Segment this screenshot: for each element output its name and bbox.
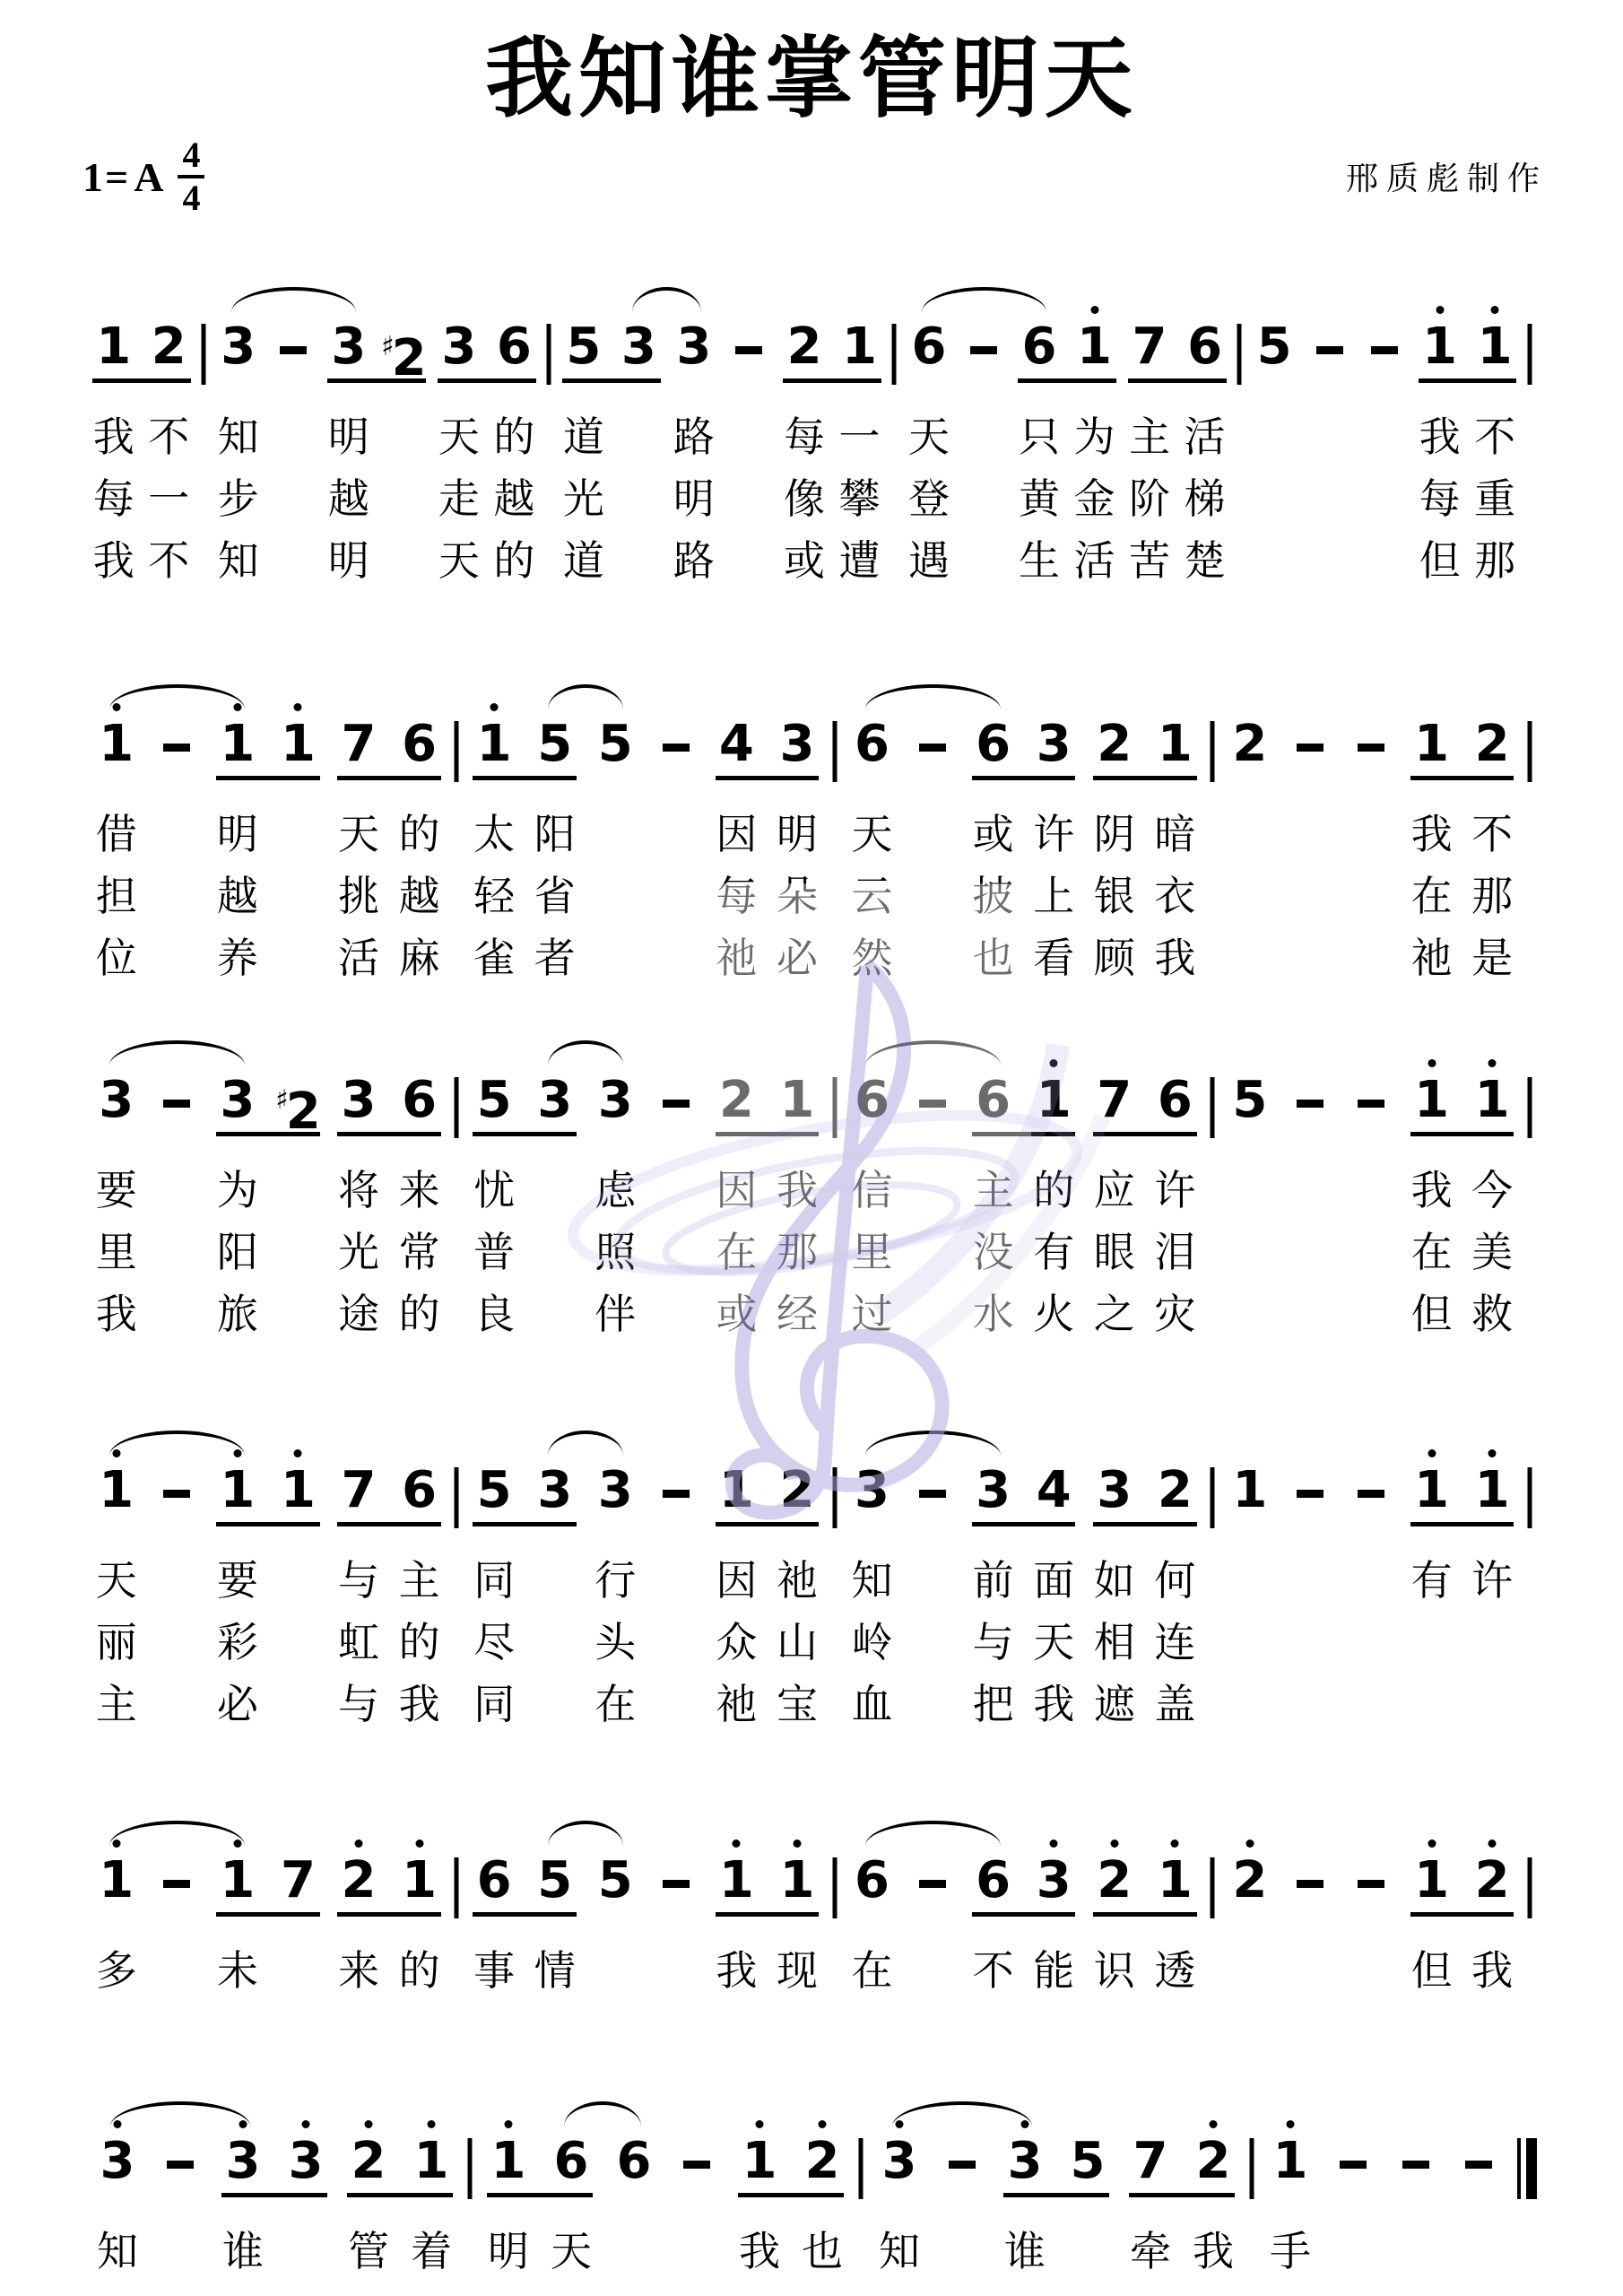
note-digit: 3 [612,320,667,374]
duration-dash [1322,2100,1384,2221]
note-digit: 2 [1462,717,1523,771]
lyric-cell [1205,1164,1219,1222]
lyric-cell [1280,1288,1341,1345]
note: 1 [464,683,525,804]
lyric-cell [586,808,647,865]
note: 5 [1246,286,1302,406]
key-signature: 1=A 4 4 [82,137,204,218]
note-digit: 3 [86,1074,147,1127]
notes-row: 33♯2365332166176511 [86,1039,1537,1160]
lyric-syllable: 主 [963,1164,1024,1222]
note-digit: 6 [389,717,450,771]
lyric-syllable: 我 [86,535,142,592]
lyric-syllable: 每 [707,870,768,927]
lyric-syllable: 越 [321,473,377,530]
note-digit: 1 [1145,1854,1206,1908]
lyric-cell [1205,808,1219,865]
barline [1523,286,1537,406]
barline-mark [468,2138,473,2199]
barline-mark [1211,1857,1215,1918]
note: 1 [1467,286,1523,406]
lyric-cell [1523,1678,1537,1735]
note-digit: 3 [328,1074,389,1127]
dash-mark [1371,346,1398,354]
barline-mark [455,1077,459,1138]
lyric-syllable: 位 [86,932,147,989]
beam-underline [337,776,441,780]
lyric-syllable: 事 [464,1944,525,2002]
lyric-cell [196,411,211,468]
note-digit: 2 [1219,1854,1280,1908]
note-digit: 5 [1219,1074,1280,1127]
beam-underline [972,1912,1075,1917]
duration-dash [1384,2100,1447,2221]
note-digit: 2 [1084,1854,1145,1908]
time-denominator: 4 [178,178,204,217]
page-title: 我知谁掌管明天 [0,0,1623,135]
note: 7 [268,1820,329,1940]
lyric-cell [828,1944,842,2002]
beam-underline [716,1132,819,1136]
dash-mark [1316,346,1343,354]
lyric-syllable: 眼 [1084,1226,1145,1283]
lyric-cell [828,1678,842,1735]
lyric-syllable: 我 [767,1164,828,1222]
lyric-cell [1384,2225,1447,2283]
lyric-cell [147,1944,208,2002]
sheet-music-page: 我知谁掌管明天 1=A 4 4 邢质彪制作 1233♯2365332166176… [0,0,1623,2296]
lyric-cell [1280,1226,1341,1283]
duration-dash [1280,1430,1341,1550]
lyric-cell [1280,1944,1341,2002]
lyric-syllable: 同 [464,1554,525,1612]
lyric-cell [646,1678,707,1735]
lyric-syllable: 或 [777,535,832,592]
barline [1523,1820,1537,1940]
barline-mark [1211,721,1215,782]
lyric-syllable: 有 [1402,1554,1462,1612]
lyric-cell [1280,1616,1341,1674]
lyric-syllable: 现 [767,1944,828,2002]
octave-dot [1491,306,1499,314]
lyric-cell [525,1616,586,1674]
note: 6 [464,1820,525,1940]
lyric-syllable: 众 [707,1616,768,1674]
lyric-cell [902,1226,963,1283]
lyric-syllable: 的 [487,535,542,592]
beam-underline [1018,378,1116,383]
lyric-syllable: 天 [431,411,487,468]
lyric-cell [1246,473,1302,530]
lyric-cell [828,932,842,989]
lyric-cell [1219,1678,1280,1735]
lyric-syllable: 里 [86,1226,147,1283]
lyric-syllable: 不 [963,1944,1024,2002]
lyric-cell [1219,932,1280,989]
barline-mark [455,1467,459,1528]
note-digit: 3 [525,1464,586,1518]
octave-dot [294,1449,302,1457]
lyric-syllable: 天 [328,808,389,865]
notation-system: 3332116612335721知谁管着明天我也知谁牵我手 [86,2100,1537,2283]
lyric-cell [1357,473,1412,530]
lyric-syllable: 天 [842,808,903,865]
lyric-cell [957,535,1012,592]
note-digit: 1 [477,2135,540,2188]
lyric-syllable: 与 [328,1554,389,1612]
lyric-cell [828,1554,842,1612]
lyric-cell [449,1554,464,1612]
lyric-syllable: 谁 [212,2225,274,2283]
lyric-syllable: 我 [1402,808,1462,865]
lyric-cell [722,535,777,592]
lyric-syllable: 明 [477,2225,540,2283]
lyric-syllable: 或 [707,1288,768,1345]
note: 1 [1402,1820,1462,1940]
octave-dot [733,1839,741,1848]
dash-mark [163,1880,190,1888]
note: 5 [464,1430,525,1550]
note-digit: 1 [389,1854,450,1908]
note: 5 [556,286,612,406]
lyric-syllable: 担 [86,870,147,927]
lyric-syllable: 照 [586,1226,647,1283]
lyric-syllable: 之 [1084,1288,1145,1345]
lyric-syllable: 然 [842,932,903,989]
duration-dash [1280,683,1341,804]
duration-dash [1302,286,1358,406]
note: 1 [400,2100,463,2221]
lyric-cell [274,2225,337,2283]
beam-underline [473,776,577,780]
note-digit: 2 [767,1464,828,1518]
dash-mark [663,1880,690,1888]
barline [854,2100,868,2221]
lyric-cell [1219,1944,1280,2002]
lyric-line: 我不知明天的道路或遭遇生活苦楚但那 [86,535,1537,592]
dash-mark [683,2161,710,2169]
lyric-cell [147,870,208,927]
dash-mark [919,744,946,752]
dash-mark [1358,744,1384,752]
lyric-syllable: 在 [1402,870,1462,927]
octave-dot [1110,1839,1118,1848]
lyric-cell [1280,932,1341,989]
lyric-cell [449,1226,464,1283]
lyric-syllable: 识 [1084,1944,1145,2002]
lyric-syllable: 天 [901,411,957,468]
octave-dot [1287,2120,1295,2128]
note: 1 [86,286,142,406]
lyric-cell [525,1554,586,1612]
beam-underline [1410,1912,1514,1917]
lyric-syllable: 许 [1145,1164,1206,1222]
lyric-syllable: 那 [767,1226,828,1283]
lyric-cell [1523,1288,1537,1345]
dash-mark [1297,1490,1324,1498]
note-digit: 1 [1023,1074,1084,1127]
barline-mark [1527,1857,1532,1918]
lyric-cell [1341,1616,1402,1674]
lyric-cell [586,870,647,927]
octave-dot [428,2120,436,2128]
lyric-line: 我旅途的良伴或经过水火之灾但救 [86,1288,1537,1345]
note-digit: 3 [994,2135,1056,2188]
lyric-syllable: 遮 [1084,1678,1145,1735]
duration-dash [646,1039,707,1160]
beam-underline [972,1522,1075,1526]
lyric-syllable: 遭 [832,535,888,592]
beam-underline [347,2193,453,2197]
lyric-cell [196,535,211,592]
note-digit: 2 [142,320,197,374]
note-digit: 2 [1182,2135,1245,2188]
note: 1 [1402,1430,1462,1550]
beam-underline [1410,1522,1514,1526]
lyric-cell [1523,870,1537,927]
octave-dot [1428,1059,1436,1067]
dash-mark [663,1490,690,1498]
lyric-syllable: 如 [1084,1554,1145,1612]
lyric-syllable: 虑 [586,1164,647,1222]
duration-dash [646,1430,707,1550]
dash-mark [919,1490,946,1498]
lyric-syllable: 道 [556,411,612,468]
note: 1 [268,683,329,804]
time-signature: 4 4 [178,137,204,218]
lyric-syllable: 我 [1462,1944,1523,2002]
lyric-syllable: 相 [1084,1616,1145,1674]
note-digit: 1 [767,1074,828,1127]
note: 6 [389,683,450,804]
lyric-syllable: 水 [963,1288,1024,1345]
lyric-cell [449,870,464,927]
key-equals: = [105,153,128,201]
note-digit: 3 [321,320,377,374]
note-digit: 6 [842,1854,903,1908]
lyric-cell [902,932,963,989]
note-digit: 1 [207,717,268,771]
lyric-syllable: 的 [389,808,450,865]
beam-underline [1419,378,1516,383]
lyric-syllable: 知 [211,411,266,468]
dash-mark [663,744,690,752]
lyric-syllable: 我 [1182,2225,1245,2283]
lyric-syllable: 何 [1145,1554,1206,1612]
sharp-sign: ♯ [381,331,395,362]
lyric-cell [828,1164,842,1222]
lyric-syllable: 祂 [707,1678,768,1735]
octave-dot [1428,1449,1436,1457]
notation-system: 117216551166321212多未来的事情我现在不能识透但我 [86,1820,1537,2002]
note-digit: 3 [963,1464,1024,1518]
lyric-cell [542,411,556,468]
lyric-cell [449,932,464,989]
lyric-cell [646,1554,707,1612]
lyric-cell [149,2225,212,2283]
lyric-syllable: 路 [666,535,722,592]
lyric-syllable: 与 [963,1616,1024,1674]
note-digit: 6 [540,2135,603,2188]
barline [1523,1430,1537,1550]
lyric-cell [268,932,329,989]
lyric-syllable: 主 [86,1678,147,1735]
lyric-cell [1205,932,1219,989]
note: 1 [389,1820,450,1940]
lyric-syllable: 阳 [525,808,586,865]
note: ♯2 [377,286,432,406]
beam-underline [1093,776,1197,780]
lyric-syllable: 明 [321,411,377,468]
duration-dash [1341,1820,1402,1940]
barline [449,683,464,804]
lyric-syllable: 没 [963,1226,1024,1283]
dash-mark [1402,2161,1429,2169]
lyric-syllable: 丽 [86,1616,147,1674]
note: 6 [389,1039,450,1160]
lyric-syllable: 今 [1462,1164,1523,1222]
lyric-cell [902,1164,963,1222]
lyric-cell [196,473,211,530]
lyric-cell [449,1164,464,1222]
lyric-cell [603,2225,665,2283]
duration-dash [722,286,777,406]
lyric-line: 天要与主同行因祂知前面如何有许 [86,1554,1537,1612]
note-digit: 6 [963,1854,1024,1908]
lyric-cell [1245,2225,1259,2283]
lyric-syllable: 云 [842,870,903,927]
lyric-cell [449,808,464,865]
note-digit: 6 [487,320,542,374]
note-digit: 1 [464,717,525,771]
note: 1 [1219,1430,1280,1550]
note-digit: 4 [707,717,768,771]
note: 1 [1402,1039,1462,1160]
lyric-syllable: 是 [1462,932,1523,989]
octave-dot [1428,1839,1436,1848]
lyric-cell [1341,870,1402,927]
note-digit: 3 [525,1074,586,1127]
note-digit: 3 [868,2135,931,2188]
lyric-syllable: 主 [1122,411,1177,468]
note-digit: 5 [586,1854,647,1908]
dash-mark [167,2161,194,2169]
beam-underline [972,1132,1075,1136]
beam-underline [473,1912,577,1917]
lyric-syllable: 主 [389,1554,450,1612]
note-digit: 3 [212,2135,274,2188]
lyric-syllable: 有 [1023,1226,1084,1283]
barline [828,1039,842,1160]
lyric-syllable: 在 [842,1944,903,2002]
dash-mark [1465,2161,1492,2169]
note-digit: 1 [207,1854,268,1908]
lyric-cell [1280,808,1341,865]
beam-underline [716,1522,819,1526]
dash-mark [663,1100,690,1108]
barline [449,1039,464,1160]
note-digit: 7 [1122,320,1177,374]
note: 1 [832,286,888,406]
lyric-syllable: 多 [86,1944,147,2002]
lyric-syllable: 不 [1467,411,1523,468]
duration-dash [665,2100,728,2221]
lyric-cell [1341,932,1402,989]
lyric-cell [1341,1164,1402,1222]
lyric-syllable: 将 [328,1164,389,1222]
lyric-cell [887,473,901,530]
lyric-cell [1302,473,1358,530]
lyric-cell [1205,870,1219,927]
barline [828,1820,842,1940]
lyric-syllable: 道 [556,535,612,592]
lyric-syllable: 岭 [842,1616,903,1674]
barline-mark [832,1467,837,1528]
duration-dash [1341,683,1402,804]
octave-dot [365,2120,373,2128]
lyric-syllable: 因 [707,1164,768,1222]
note-digit: 2 [707,1074,768,1127]
lyric-cell [147,1616,208,1674]
note-digit: 1 [86,1854,147,1908]
lyric-cell [722,473,777,530]
lyric-syllable: 省 [525,870,586,927]
note: 6 [389,1430,450,1550]
lyric-syllable: 衣 [1145,870,1206,927]
dash-mark [1358,1100,1384,1108]
final-bar-thick [1526,2138,1537,2199]
lyric-syllable: 的 [389,1944,450,2002]
lyric-syllable: 经 [767,1288,828,1345]
note-digit: 1 [86,320,142,374]
lyric-syllable: 登 [901,473,957,530]
lyric-cell [646,1288,707,1345]
lyric-cell [1523,808,1537,865]
lyric-syllable: 未 [207,1944,268,2002]
note-digit: 1 [1067,320,1123,374]
note-digit: 4 [1023,1464,1084,1518]
note-digit: 3 [586,1464,647,1518]
dash-mark [949,2161,976,2169]
lyric-line: 我不知明天的道路每一天只为主活我不 [86,411,1537,468]
beam-underline [216,1912,320,1917]
note-digit: 2 [1084,717,1145,771]
lyric-syllable: 来 [389,1164,450,1222]
barline-mark [455,721,459,782]
note-digit: 3 [274,2135,337,2188]
note: ♯2 [268,1039,329,1160]
lyric-syllable: 朵 [767,870,828,927]
lyric-syllable: 途 [328,1288,389,1345]
note: 2 [1462,1820,1523,1940]
dash-mark [1358,1880,1384,1888]
dash-mark [1297,1100,1324,1108]
notation-system: 1233♯2365332166176511我不知明天的道路每一天只为主活我不每一… [86,286,1537,592]
barline-mark [1211,1077,1215,1138]
lyric-syllable: 楚 [1177,535,1233,592]
notation-sheet: 1233♯2365332166176511我不知明天的道路每一天只为主活我不每一… [0,286,1623,2283]
lyric-syllable: 但 [1402,1944,1462,2002]
note: 4 [707,683,768,804]
lyric-syllable: 挑 [328,870,389,927]
lyric-syllable: 许 [1023,808,1084,865]
note: 2 [791,2100,854,2221]
note-digit: 6 [1177,320,1233,374]
beam-underline [972,776,1075,780]
lyric-syllable: 活 [1067,535,1123,592]
lyric-syllable: 一 [832,411,888,468]
lyric-syllable: 那 [1467,535,1523,592]
